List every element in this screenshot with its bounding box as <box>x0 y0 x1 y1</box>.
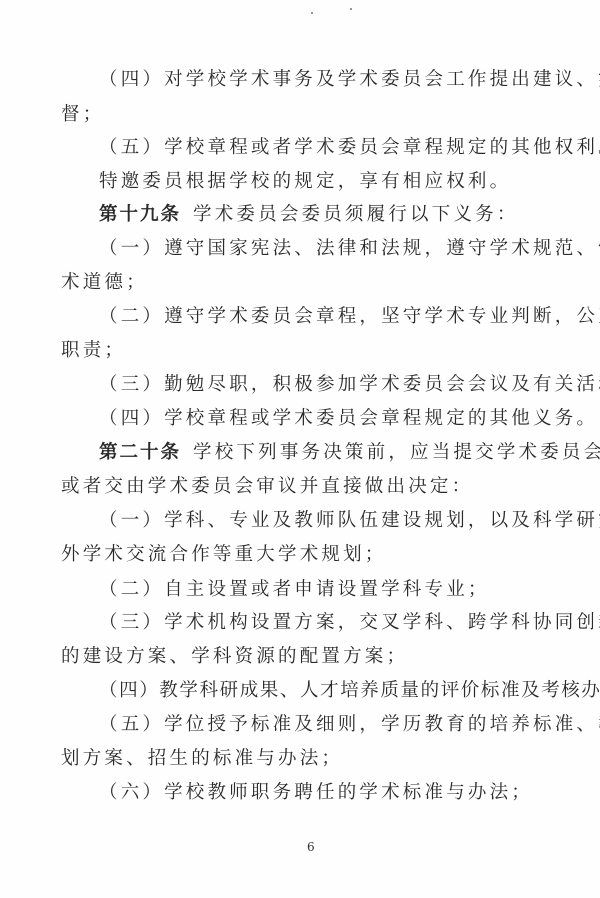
text-line: （一）遵守国家宪法、法律和法规，遵守学术规范、恪守学 <box>99 238 600 260</box>
text-line: 外学术交流合作等重大学术规划； <box>61 544 387 566</box>
article-line: 第二十条学校下列事务决策前，应当提交学术委员会审议， <box>99 442 600 464</box>
text-line: （一）学科、专业及教师队伍建设规划，以及科学研究、对 <box>99 510 600 532</box>
text-line: 的建设方案、学科资源的配置方案； <box>61 646 408 668</box>
text-line: 划方案、招生的标准与办法； <box>61 748 343 770</box>
text-line: 职责； <box>61 340 126 362</box>
text-line: （四）对学校学术事务及学术委员会工作提出建议、实施监 <box>99 69 600 91</box>
text-line: （二）遵守学术委员会章程，坚守学术专业判断，公正履行 <box>99 306 600 328</box>
text-line: （四）学校章程或学术委员会章程规定的其他义务。 <box>99 408 598 430</box>
text-line: （四）教学科研成果、人才培养质量的评价标准及考核办法； <box>99 680 600 702</box>
text-line: （三）勤勉尽职，积极参加学术委员会会议及有关活动； <box>99 374 600 396</box>
article-heading: 第十九条 <box>99 204 181 225</box>
text-line: （六）学校教师职务聘任的学术标准与办法； <box>99 782 533 804</box>
text-line: 特邀委员根据学校的规定，享有相应权利。 <box>99 171 511 193</box>
article-heading: 第二十条 <box>99 442 181 463</box>
text-line: （二）自主设置或者申请设置学科专业； <box>99 579 490 601</box>
page-number: 6 <box>307 840 315 854</box>
text-line: 术道德； <box>61 272 148 294</box>
article-line: 第十九条学术委员会委员须履行以下义务： <box>99 204 519 226</box>
text-line: 或者交由学术委员会审议并直接做出决定： <box>61 476 473 498</box>
text-line: （三）学术机构设置方案，交叉学科、跨学科协同创新机制 <box>99 612 600 634</box>
article-text: 学术委员会委员须履行以下义务： <box>193 204 519 225</box>
article-text: 学校下列事务决策前，应当提交学术委员会审议， <box>193 442 600 463</box>
text-line: （五）学位授予标准及细则，学历教育的培养标准、教学计 <box>99 714 600 736</box>
scan-speck <box>311 12 313 14</box>
text-line: （五）学校章程或者学术委员会章程规定的其他权利。 <box>99 137 600 159</box>
document-page: （四）对学校学术事务及学术委员会工作提出建议、实施监 督； （五）学校章程或者学… <box>0 0 600 898</box>
text-line: 督； <box>61 104 104 126</box>
scan-speck <box>350 8 352 10</box>
